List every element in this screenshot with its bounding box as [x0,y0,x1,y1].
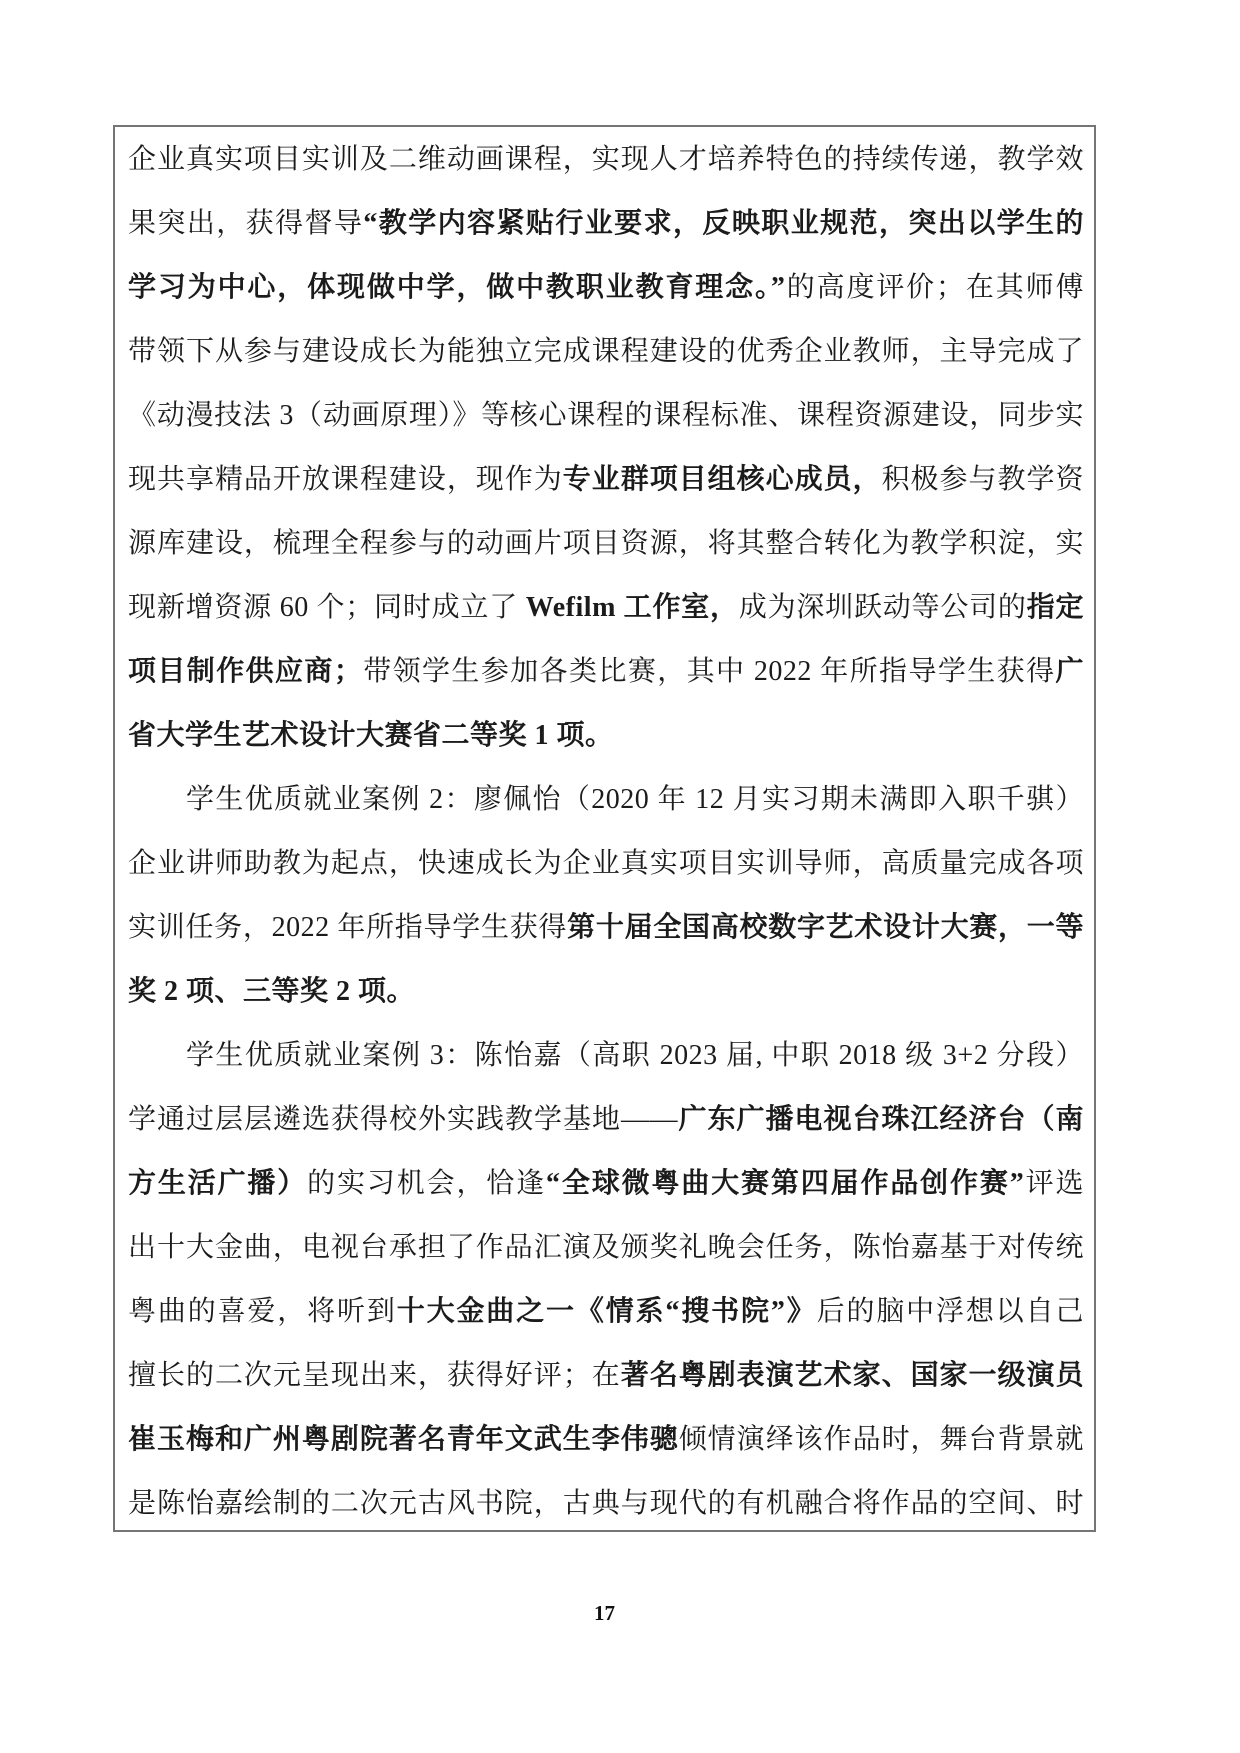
text-segment: 倾情演绎该作品时，舞台背景就 [679,1424,1084,1455]
bold-text-segment: “全球微粤曲大赛第四届作品创作赛” [546,1168,1024,1199]
bold-text-segment: 项目制作供应商； [128,656,362,687]
text-segment: 源库建设，梳理全程参与的动画片项目资源，将其整合转化为教学积淀，实 [128,528,1084,559]
text-line: 出十大金曲，电视台承担了作品汇演及颁奖礼晚会任务，陈怡嘉基于对传统 [128,1216,1084,1280]
text-segment: 企业讲师助教为起点，快速成长为企业真实项目实训导师，高质量完成各项 [128,848,1084,879]
bold-text-segment: 第十届全国高校数字艺术设计大赛，一等 [567,912,1084,943]
text-segment: 企业真实项目实训及二维动画课程，实现人才培养特色的持续传递，教学效 [128,144,1084,175]
text-line: 果突出，获得督导“教学内容紧贴行业要求，反映职业规范，突出以学生的 [128,192,1084,256]
text-segment: 后的脑中浮想以自己 [817,1296,1084,1327]
text-segment: 学生优质就业案例 3：陈怡嘉（高职 2023 届, 中职 2018 级 3+2 … [128,1040,1084,1088]
text-line: 源库建设，梳理全程参与的动画片项目资源，将其整合转化为教学积淀，实 [128,512,1084,576]
bold-text-segment: 广东广播电视台珠江经济台（南 [678,1104,1084,1135]
bold-text-segment: 专业群项目组核心成员， [563,464,882,495]
text-segment: 学通过层层遴选获得校外实践教学基地—— [128,1104,678,1135]
bold-text-segment: 学习为中心，体现做中学，做中教职业教育理念。” [128,272,785,303]
text-line: 企业讲师助教为起点，快速成长为企业真实项目实训导师，高质量完成各项 [128,832,1084,896]
text-line: 粤曲的喜爱，将听到十大金曲之一《情系“搜书院”》后的脑中浮想以自己 [128,1280,1084,1344]
document-page: 企业真实项目实训及二维动画课程，实现人才培养特色的持续传递，教学效果突出，获得督… [0,0,1240,1753]
text-line: 带领下从参与建设成长为能独立完成课程建设的优秀企业教师，主导完成了 [128,320,1084,384]
bold-text-segment: 省大学生艺术设计大赛省二等奖 1 项。 [128,720,614,751]
text-line: 企业真实项目实训及二维动画课程，实现人才培养特色的持续传递，教学效 [128,128,1084,192]
text-line: 省大学生艺术设计大赛省二等奖 1 项。 [128,704,1084,768]
document-text: 企业真实项目实训及二维动画课程，实现人才培养特色的持续传递，教学效果突出，获得督… [115,127,1094,1530]
text-segment: 现共享精品开放课程建设，现作为 [128,464,563,495]
text-line: 方生活广播）的实习机会，恰逢“全球微粤曲大赛第四届作品创作赛”评选 [128,1152,1084,1216]
text-segment: 现新增资源 60 个；同时成立了 [128,592,526,623]
text-line: 项目制作供应商；带领学生参加各类比赛，其中 2022 年所指导学生获得广东 [128,640,1084,704]
text-segment: 评选 [1024,1168,1084,1199]
bold-text-segment: “教学内容紧贴行业要求，反映职业规范，突出以学生的 [363,208,1084,239]
text-line: 是陈怡嘉绘制的二次元古风书院，古典与现代的有机融合将作品的空间、时 [128,1472,1084,1530]
bold-text-segment: 方生活广播） [128,1168,307,1199]
bold-text-segment: 奖 2 项、三等奖 2 项。 [128,976,415,1007]
text-line: 学习为中心，体现做中学，做中教职业教育理念。”的高度评价；在其师傅 [128,256,1084,320]
text-segment: 实训任务，2022 年所指导学生获得 [128,912,567,943]
text-line: 擅长的二次元呈现出来，获得好评；在著名粤剧表演艺术家、国家一级演员 [128,1344,1084,1408]
text-line: 奖 2 项、三等奖 2 项。 [128,960,1084,1024]
page-number: 17 [113,1601,1096,1626]
text-line: 现新增资源 60 个；同时成立了 Wefilm 工作室，成为深圳跃动等公司的指定 [128,576,1084,640]
bold-text-segment: 著名粤剧表演艺术家、国家一级演员 [621,1360,1084,1391]
text-segment: 学生优质就业案例 2：廖佩怡（2020 年 12 月实习期未满即入职千骐）以 [128,784,1084,832]
text-segment: 的高度评价；在其师傅 [785,272,1084,303]
bold-text-segment: 崔玉梅和广州粤剧院著名青年文武生李伟骢 [128,1424,679,1455]
bold-text-segment: 十大金曲之一《情系“搜书院”》 [397,1296,817,1327]
text-line: 学通过层层遴选获得校外实践教学基地——广东广播电视台珠江经济台（南 [128,1088,1084,1152]
text-segment: 出十大金曲，电视台承担了作品汇演及颁奖礼晚会任务，陈怡嘉基于对传统 [128,1232,1084,1263]
text-segment: 成为深圳跃动等公司的 [739,592,1027,623]
text-segment: 带领下从参与建设成长为能独立完成课程建设的优秀企业教师，主导完成了 [128,336,1084,367]
bold-text-segment: Wefilm 工作室， [526,592,739,623]
text-line: 实训任务，2022 年所指导学生获得第十届全国高校数字艺术设计大赛，一等 [128,896,1084,960]
text-line: 学生优质就业案例 3：陈怡嘉（高职 2023 届, 中职 2018 级 3+2 … [128,1024,1084,1088]
text-segment: 果突出，获得督导 [128,208,363,239]
text-line: 学生优质就业案例 2：廖佩怡（2020 年 12 月实习期未满即入职千骐）以 [128,768,1084,832]
text-segment: 的实习机会，恰逢 [307,1168,546,1199]
text-line: 《动漫技法 3（动画原理）》等核心课程的课程标准、课程资源建设，同步实 [128,384,1084,448]
text-segment: 带领学生参加各类比赛，其中 2022 年所指导学生获得 [362,656,1055,687]
text-line: 现共享精品开放课程建设，现作为专业群项目组核心成员，积极参与教学资 [128,448,1084,512]
text-segment: 粤曲的喜爱，将听到 [128,1296,397,1327]
text-line: 崔玉梅和广州粤剧院著名青年文武生李伟骢倾情演绎该作品时，舞台背景就 [128,1408,1084,1472]
text-segment: 擅长的二次元呈现出来，获得好评；在 [128,1360,621,1391]
text-segment: 积极参与教学资 [882,464,1084,495]
bold-text-segment: 指定 [1027,592,1084,623]
page-border: 企业真实项目实训及二维动画课程，实现人才培养特色的持续传递，教学效果突出，获得督… [113,125,1096,1532]
text-segment: 《动漫技法 3（动画原理）》等核心课程的课程标准、课程资源建设，同步实 [128,400,1084,431]
text-segment: 是陈怡嘉绘制的二次元古风书院，古典与现代的有机融合将作品的空间、时 [128,1488,1084,1519]
